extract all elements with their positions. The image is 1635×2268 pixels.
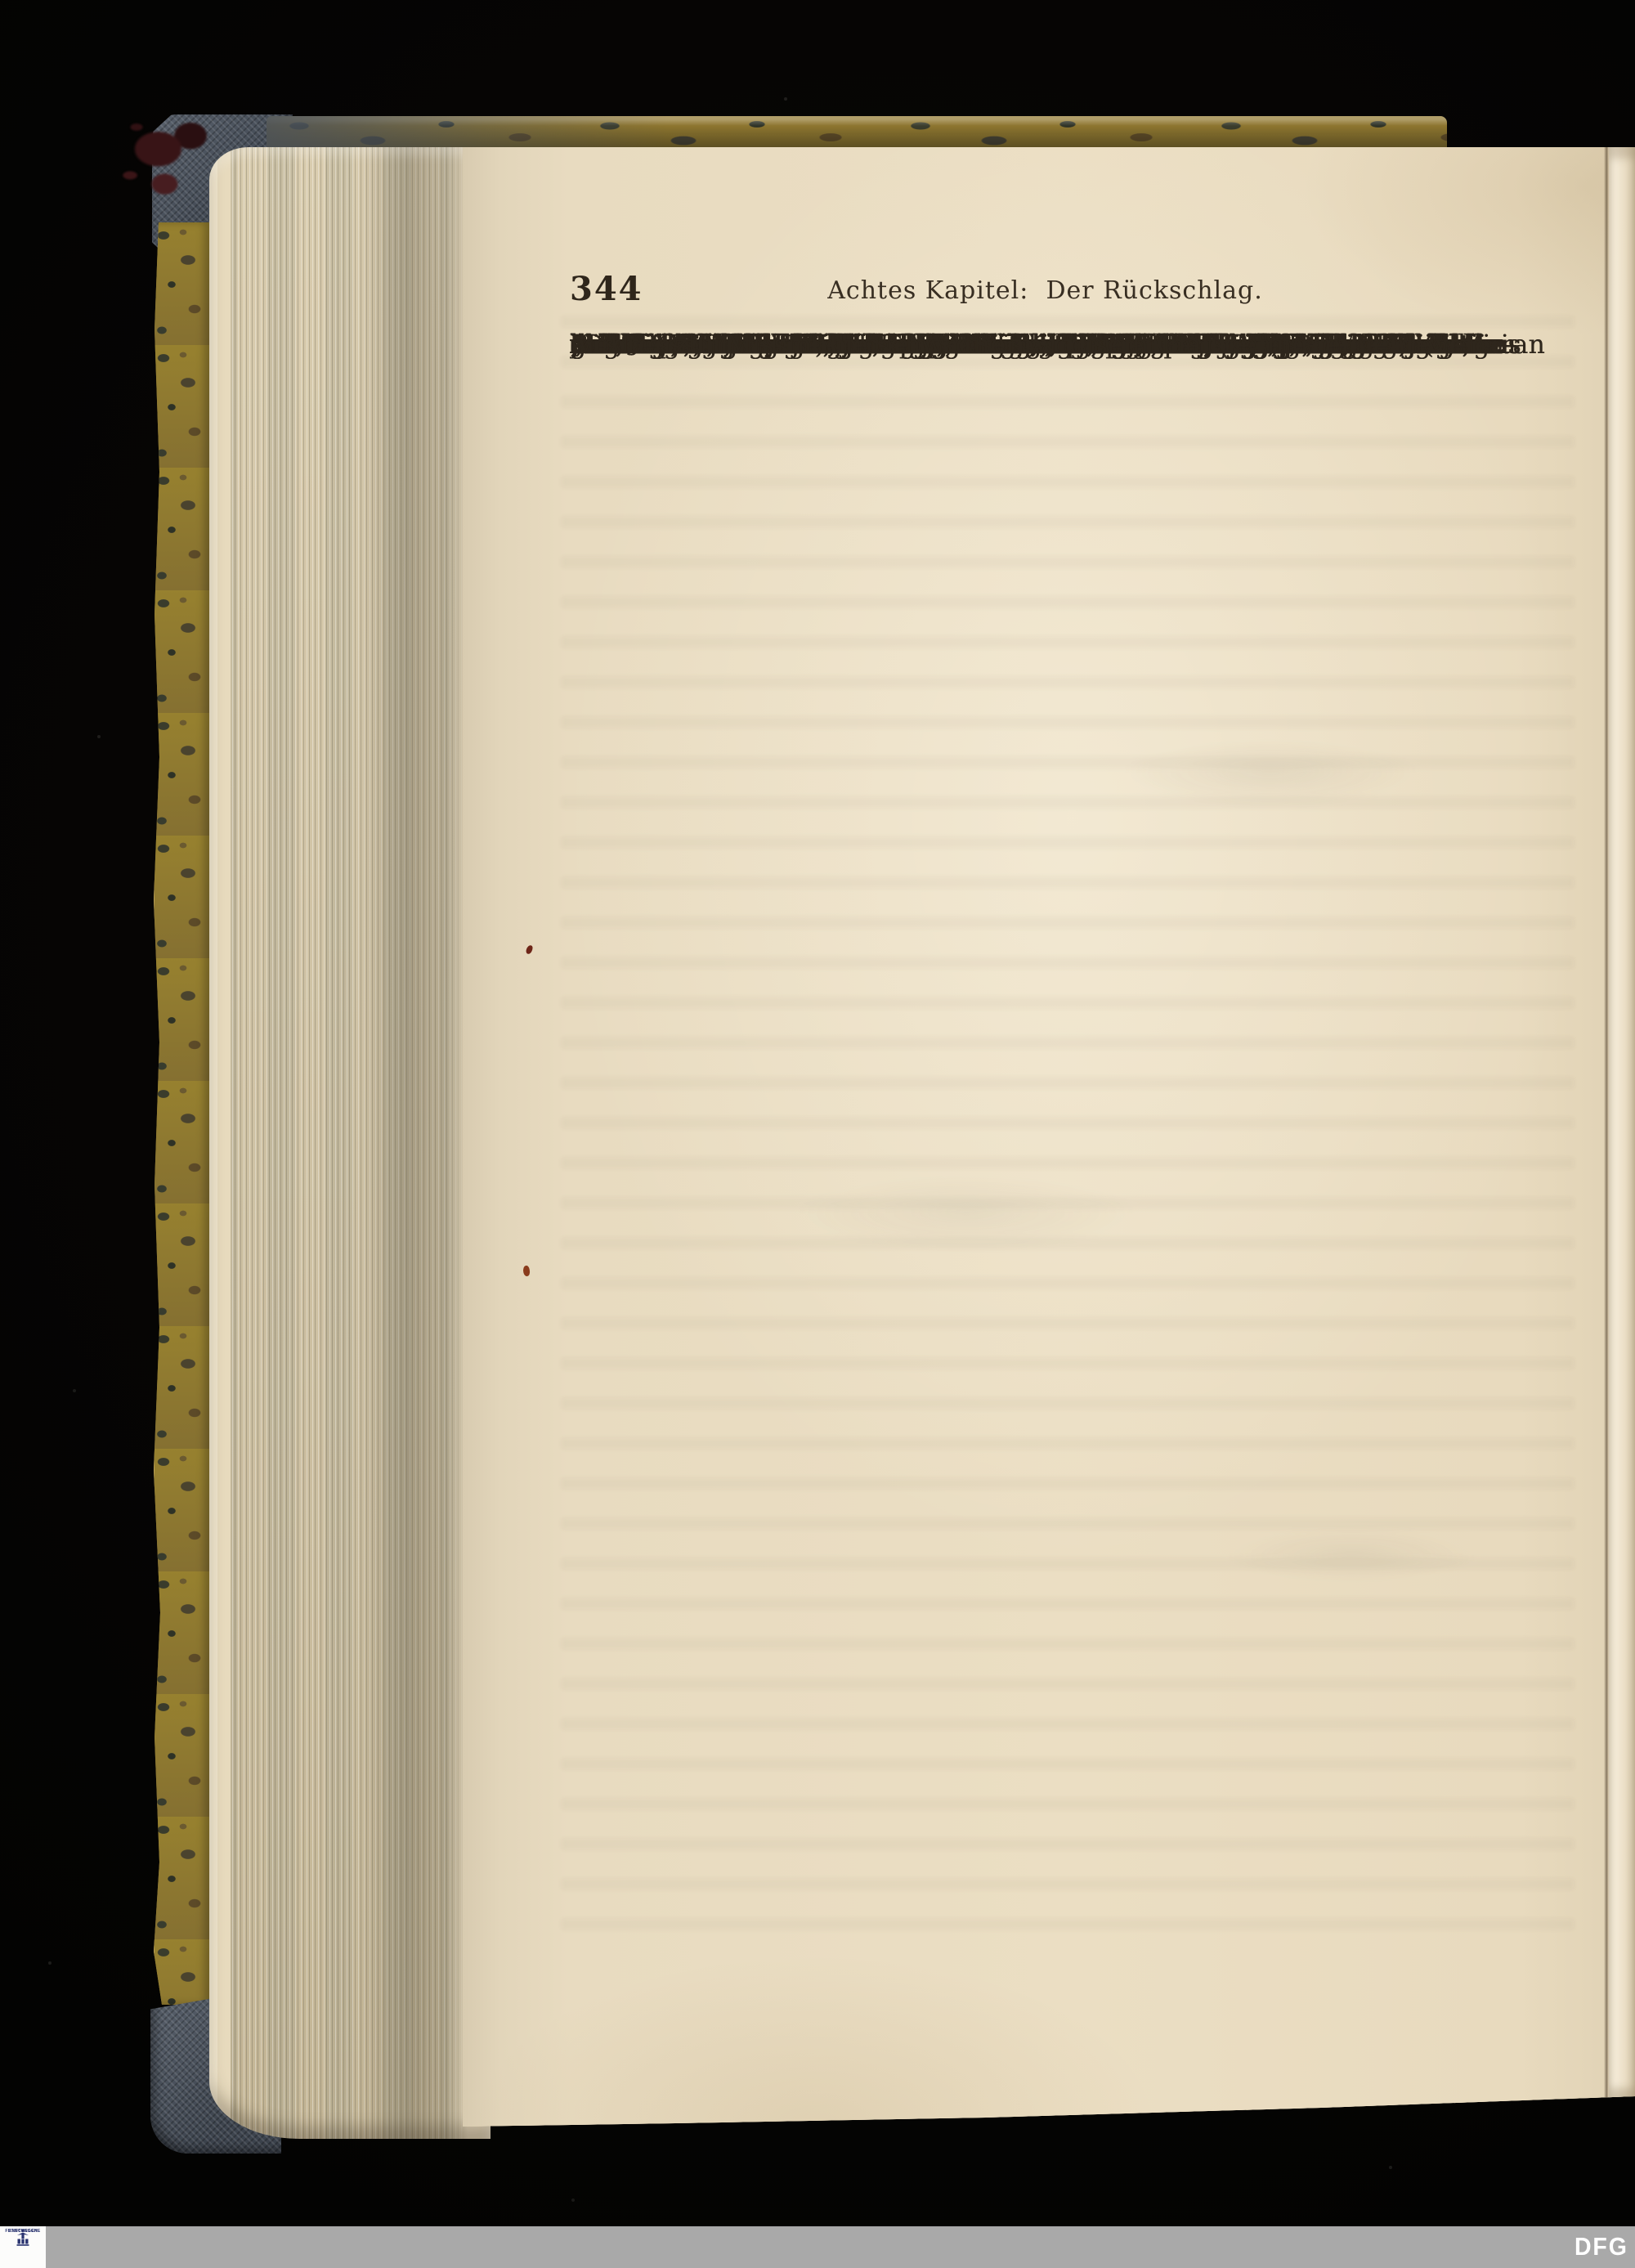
text-line: wird er zur Mission, je schwächer wird s… xyxy=(570,325,1485,365)
cover-marbled-top-edge xyxy=(267,116,1447,150)
gutter-crease-line xyxy=(1604,147,1609,2101)
library-logo-text-line2: STIFTUNGEN xyxy=(8,2229,38,2234)
page-header: 344 Achtes Kapitel: Der Rückschlag. xyxy=(570,270,1570,317)
footer-bar xyxy=(0,2226,1635,2268)
worn-headband-tuft xyxy=(113,103,221,213)
ink-bleed-through xyxy=(561,316,1575,1947)
page-number: 344 xyxy=(570,270,643,308)
scanned-book-page: 344 Achtes Kapitel: Der Rückschlag. kunf… xyxy=(0,0,1635,2268)
page-edges-stack xyxy=(209,147,490,2139)
running-header: Achtes Kapitel: Der Rückschlag. xyxy=(827,276,1263,305)
dust-specks xyxy=(0,0,2,2)
gutter-page-sliver xyxy=(1609,147,1635,2100)
book-page: 344 Achtes Kapitel: Der Rückschlag. kunf… xyxy=(463,147,1635,2127)
cover-marbled-spine-strip xyxy=(152,222,211,2005)
dfg-logo: DFG xyxy=(1575,2230,1627,2263)
margin-ink-speck xyxy=(522,1265,531,1276)
franckesche-stiftungen-logo: FRANCKESCHE STIFTUNGEN xyxy=(0,2226,46,2268)
margin-ink-speck xyxy=(525,944,533,955)
